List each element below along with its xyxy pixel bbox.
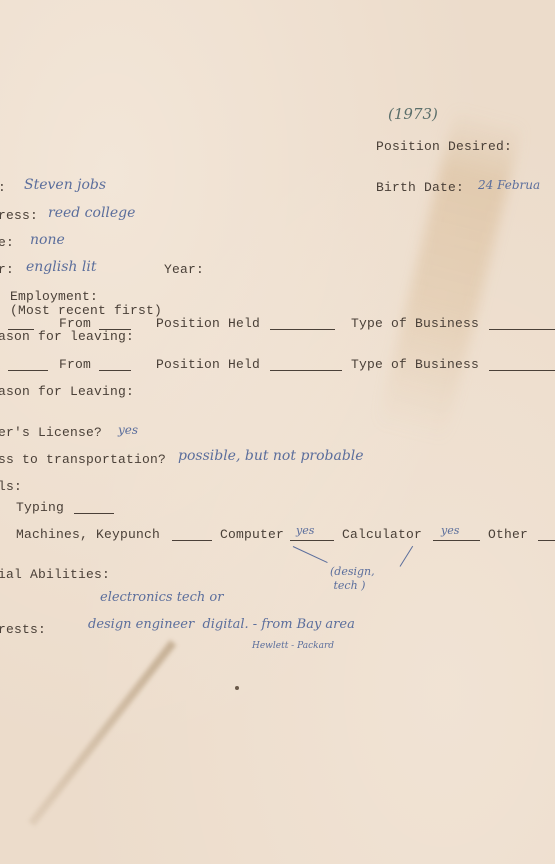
name-label: :: [0, 180, 6, 195]
dirt-smudge: [28, 640, 176, 826]
employment-1-business-blank[interactable]: [489, 318, 555, 330]
reason-for-leaving-2-label: ason for Leaving:: [0, 384, 134, 399]
address-value: reed college: [48, 205, 135, 221]
other-label: Other: [488, 527, 528, 542]
year-label: Year:: [164, 262, 204, 277]
special-abilities-line1: electronics tech or: [100, 590, 223, 605]
ink-dot: [235, 686, 239, 690]
position-desired-label: Position Desired:: [376, 139, 512, 154]
interests-label: rests:: [0, 622, 46, 637]
address-label: ress:: [0, 208, 38, 223]
interests-value: design engineer digital. - from Bay area: [88, 617, 355, 632]
employment-2-position-blank[interactable]: [270, 359, 342, 371]
computer-value: yes: [296, 524, 314, 537]
skills-label: ls:: [0, 479, 22, 494]
birth-date-label: Birth Date:: [376, 180, 464, 195]
employment-1-position-label: Position Held: [156, 316, 260, 331]
transportation-value: possible, but not probable: [178, 448, 364, 464]
birth-date-value: 24 Februa: [478, 178, 540, 192]
employment-2-position-label: Position Held: [156, 357, 260, 372]
machines-label: Machines, Keypunch: [16, 527, 160, 542]
calculator-value: yes: [441, 524, 459, 537]
major-value: english lit: [26, 259, 96, 275]
reason-for-leaving-1-label: ason for leaving:: [0, 329, 134, 344]
employment-2-business-label: Type of Business: [351, 357, 479, 372]
other-blank[interactable]: [538, 529, 555, 541]
employment-2-from-label: From: [59, 357, 91, 372]
employment-2-business-blank[interactable]: [489, 359, 555, 371]
transportation-label: ss to transportation?: [0, 452, 166, 467]
typing-label: Typing: [16, 500, 64, 515]
calculator-label: Calculator: [342, 527, 422, 542]
design-tech-annotation: (design, tech ): [330, 565, 375, 593]
phone-value: none: [30, 232, 65, 248]
interests-note: Hewlett - Packard: [252, 641, 334, 651]
special-abilities-label: ial Abilities:: [0, 567, 110, 582]
typing-blank[interactable]: [74, 502, 114, 514]
employment-2-from-blank[interactable]: [99, 359, 131, 371]
employment-1-business-label: Type of Business: [351, 316, 479, 331]
computer-label: Computer: [220, 527, 284, 542]
employment-1-position-blank[interactable]: [270, 318, 335, 330]
application-form-page: (1973) Position Desired: Birth Date: 24 …: [0, 0, 555, 864]
license-label: er's License?: [0, 425, 102, 440]
water-stain: [376, 106, 524, 443]
name-value: Steven jobs: [24, 177, 106, 193]
year-annotation: (1973): [388, 105, 438, 123]
keypunch-blank[interactable]: [172, 529, 212, 541]
license-value: yes: [118, 423, 138, 437]
employment-2-to-blank[interactable]: [8, 359, 48, 371]
employment-heading: Employment:: [10, 289, 98, 304]
arrow-to-calculator: [400, 546, 414, 567]
phone-label: e:: [0, 235, 14, 250]
arrow-to-computer: [293, 546, 328, 563]
major-label: r:: [0, 262, 14, 277]
